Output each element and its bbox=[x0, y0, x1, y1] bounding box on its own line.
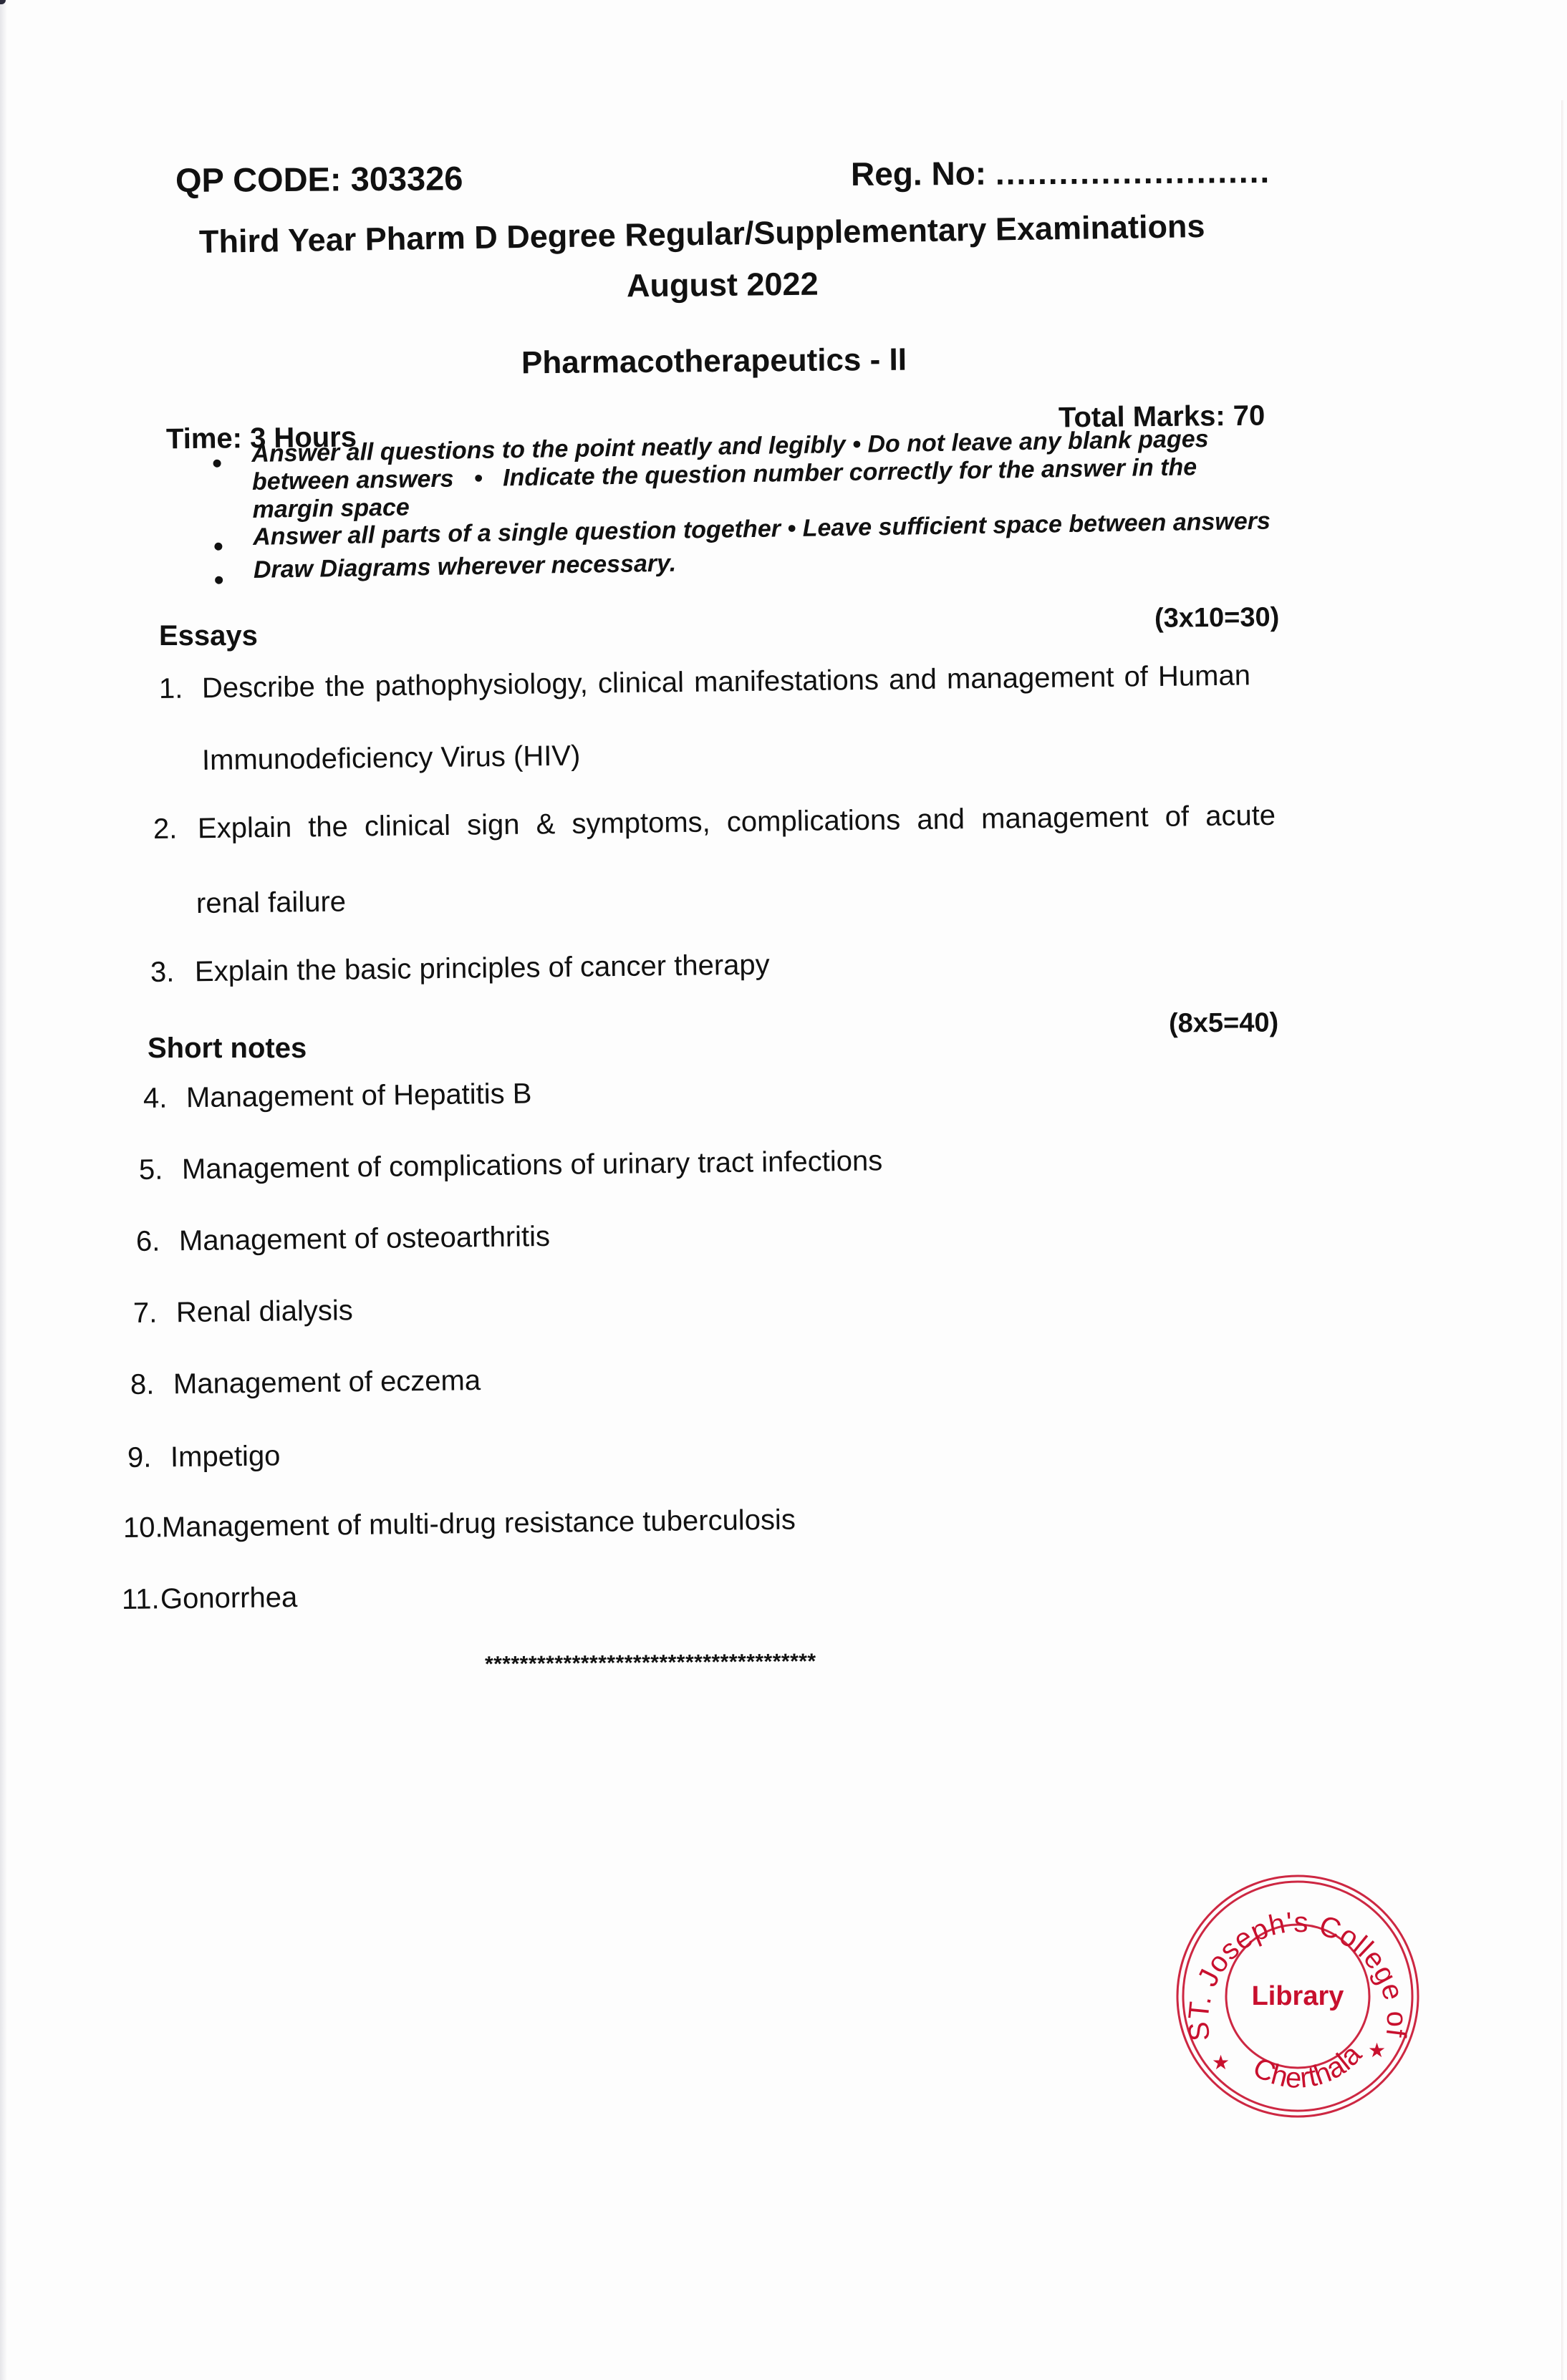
page-edge-right bbox=[1561, 100, 1564, 2380]
question-text: Management of complications of urinary t… bbox=[182, 1145, 883, 1185]
question-number: 5. bbox=[139, 1153, 183, 1186]
question-number: 4. bbox=[143, 1082, 187, 1115]
reg-no-blank: .......................... bbox=[995, 153, 1271, 192]
question-text: Explain the clinical sign & symptoms, co… bbox=[198, 800, 1276, 844]
question-number: 3. bbox=[150, 956, 196, 989]
reg-no-label: Reg. No: bbox=[851, 155, 986, 193]
svg-text:★: ★ bbox=[1368, 2039, 1386, 2061]
short-note-question-6: 6.Management of osteoarthritis bbox=[136, 1221, 551, 1258]
exam-date: August 2022 bbox=[627, 266, 819, 305]
svg-text:Library: Library bbox=[1252, 1981, 1344, 2011]
subject-title: Pharmacotherapeutics - II bbox=[521, 342, 907, 382]
short-note-question-4: 4.Management of Hepatitis B bbox=[143, 1078, 532, 1115]
bullet-icon bbox=[215, 576, 223, 584]
bullet-icon bbox=[214, 543, 222, 551]
question-number: 9. bbox=[127, 1441, 171, 1474]
svg-text:★: ★ bbox=[1212, 2051, 1230, 2074]
end-marker: ************************************** bbox=[485, 1650, 816, 1677]
essays-marks: (3x10=30) bbox=[1154, 602, 1280, 634]
essay-question-1-cont: Immunodeficiency Virus (HIV) bbox=[202, 740, 581, 777]
question-number: 8. bbox=[130, 1368, 174, 1401]
qp-code: QP CODE: 303326 bbox=[175, 158, 463, 200]
instruction-line: Draw Diagrams wherever necessary. bbox=[254, 550, 677, 584]
question-number: 10. bbox=[123, 1511, 163, 1544]
question-text: Management of Hepatitis B bbox=[186, 1078, 532, 1113]
svg-text:ST. Joseph's College of Pharma: ST. Joseph's College of Pharmacy bbox=[1169, 1867, 1412, 2051]
short-note-question-10: 10.Management of multi-drug resistance t… bbox=[123, 1504, 796, 1544]
instruction-line: margin space bbox=[252, 494, 410, 524]
page-edge-shadow bbox=[0, 0, 7, 2380]
essay-question-2-cont: renal failure bbox=[196, 886, 347, 920]
library-stamp: ST. Joseph's College of Pharmacy Chertha… bbox=[1169, 1867, 1427, 2125]
short-note-question-11: 11.Gonorrhea bbox=[122, 1582, 298, 1616]
bullet-icon bbox=[213, 460, 221, 468]
short-note-question-8: 8.Management of eczema bbox=[130, 1365, 481, 1401]
exam-title: Third Year Pharm D Degree Regular/Supple… bbox=[199, 208, 1205, 261]
short-note-question-7: 7.Renal dialysis bbox=[133, 1295, 353, 1330]
question-number: 7. bbox=[133, 1297, 177, 1330]
question-text: Renal dialysis bbox=[176, 1295, 353, 1328]
question-number: 1. bbox=[159, 672, 203, 705]
question-text: Gonorrhea bbox=[160, 1582, 298, 1615]
essay-question-1: 1.Describe the pathophysiology, clinical… bbox=[159, 659, 1250, 705]
essays-heading: Essays bbox=[159, 620, 258, 652]
question-text: Impetigo bbox=[170, 1440, 281, 1473]
essay-question-2: 2.Explain the clinical sign & symptoms, … bbox=[153, 800, 1276, 846]
question-text: Describe the pathophysiology, clinical m… bbox=[202, 659, 1250, 704]
question-text: Explain the basic principles of cancer t… bbox=[195, 949, 770, 987]
short-notes-heading: Short notes bbox=[148, 1032, 307, 1065]
svg-text:Cherthala: Cherthala bbox=[1248, 2038, 1369, 2094]
question-number: 6. bbox=[136, 1225, 180, 1258]
question-text: Management of multi-drug resistance tube… bbox=[162, 1504, 796, 1544]
reg-no-field: Reg. No: .......................... bbox=[851, 152, 1271, 193]
question-text: Management of osteoarthritis bbox=[179, 1221, 551, 1257]
question-number: 2. bbox=[153, 813, 198, 846]
short-note-question-5: 5.Management of complications of urinary… bbox=[139, 1145, 883, 1186]
short-notes-marks: (8x5=40) bbox=[1169, 1007, 1278, 1039]
short-note-question-9: 9.Impetigo bbox=[127, 1440, 281, 1474]
question-number: 11. bbox=[122, 1583, 161, 1616]
essay-question-3: 3.Explain the basic principles of cancer… bbox=[150, 949, 770, 989]
question-text: Management of eczema bbox=[173, 1365, 481, 1400]
